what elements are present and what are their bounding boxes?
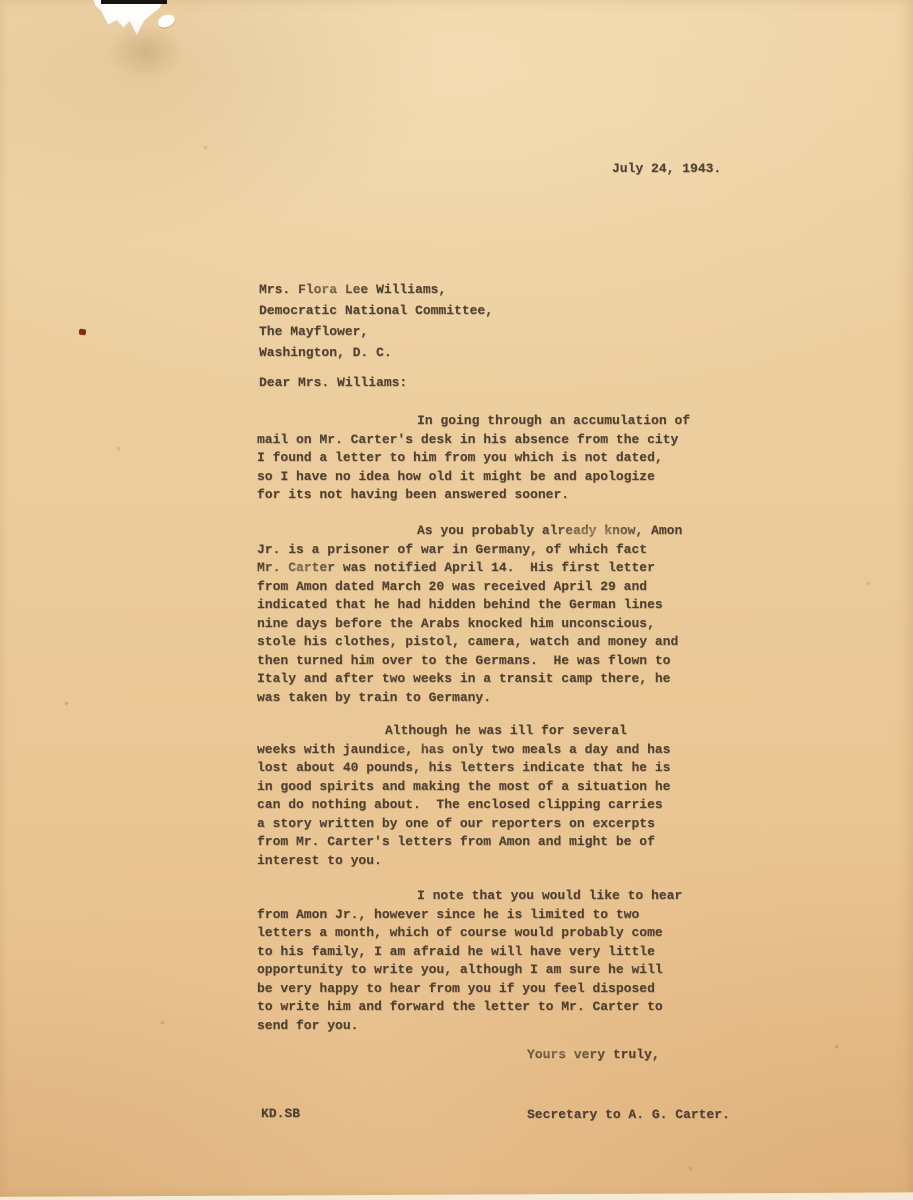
paper-speckles	[0, 0, 1, 1]
page-bottom-edge	[0, 1192, 913, 1200]
signature-title: Secretary to A. G. Carter.	[527, 1106, 730, 1125]
typist-initials: KD.SB	[261, 1105, 300, 1124]
recipient-address: Mrs. Flora Lee Williams, Democratic Nati…	[259, 279, 599, 363]
paragraph-2: As you probably already know, Amon Jr. i…	[257, 522, 712, 707]
paragraph-4: I note that you would like to hear from …	[257, 887, 712, 1035]
salutation: Dear Mrs. Williams:	[259, 374, 407, 393]
letter-date: July 24, 1943.	[612, 160, 721, 179]
scan-edge-mark	[101, 0, 167, 4]
complimentary-closing: Yours very truly,	[527, 1046, 660, 1065]
red-ink-speck	[79, 329, 87, 336]
paragraph-3: Although he was ill for several weeks wi…	[257, 722, 712, 870]
rust-stain	[96, 20, 206, 110]
letter-page: July 24, 1943. Mrs. Flora Lee Williams, …	[0, 0, 913, 1200]
paragraph-1: In going through an accumulation of mail…	[257, 412, 712, 505]
